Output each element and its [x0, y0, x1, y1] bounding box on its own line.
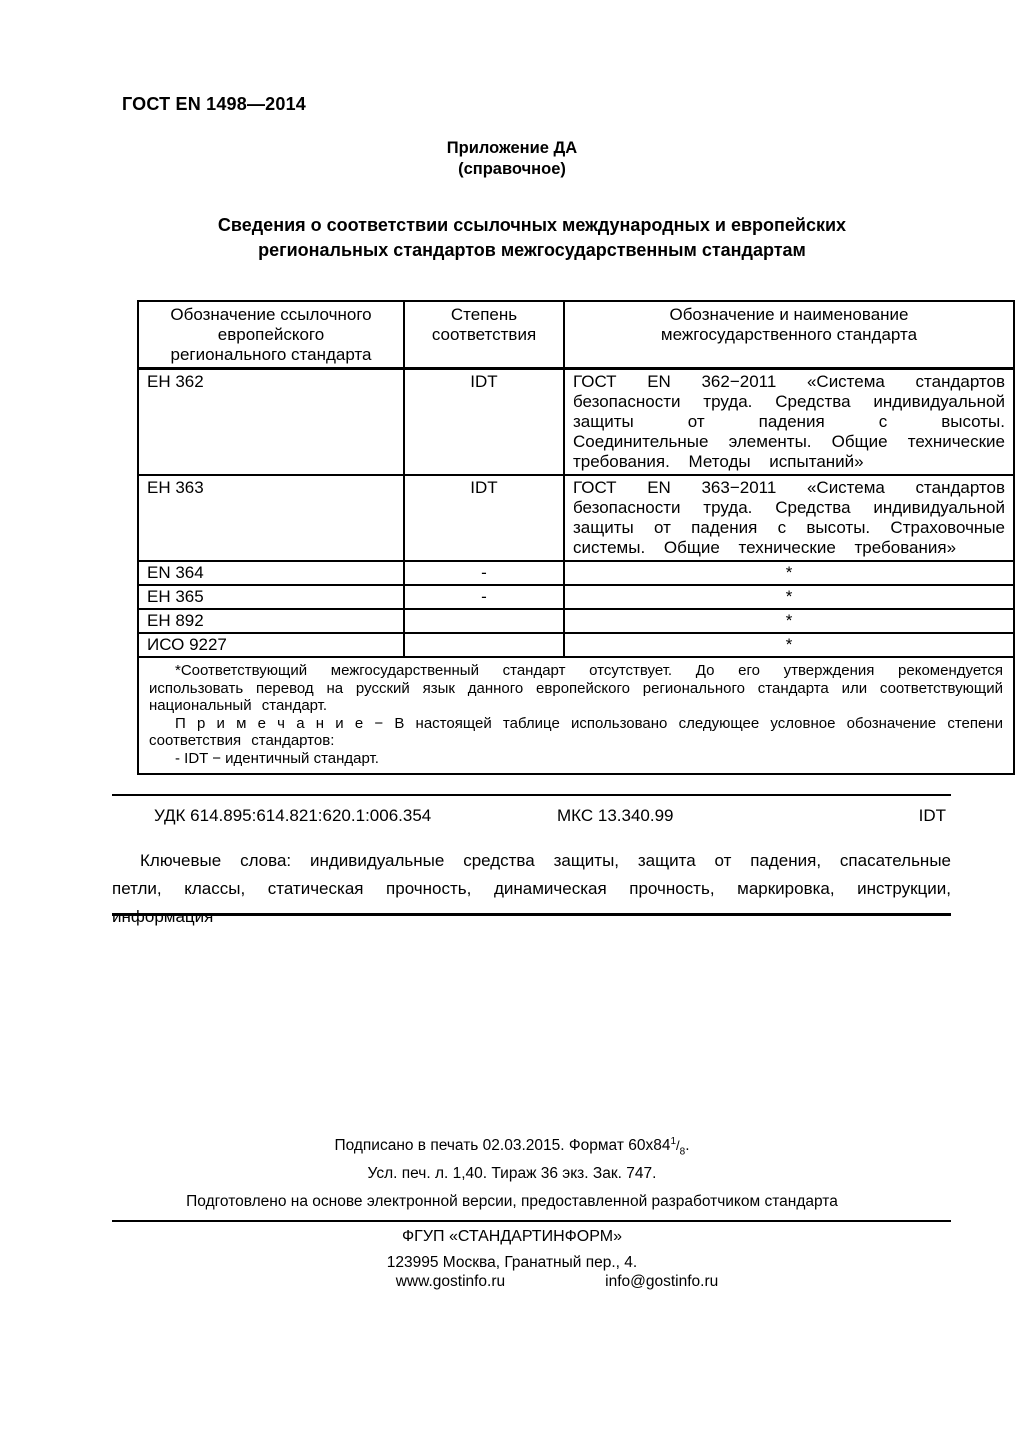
header-standard: Обозначение и наименование межгосударств…: [564, 301, 1014, 369]
table-footnote: *Соответствующий межгосударственный стан…: [138, 657, 1014, 774]
cell-degree: [404, 633, 564, 657]
cell-degree: -: [404, 561, 564, 585]
cell-designation: ЕН 892: [138, 609, 404, 633]
idt-code: IDT: [919, 806, 946, 826]
cell-designation: ЕН 362: [138, 369, 404, 476]
document-code: ГОСТ EN 1498—2014: [122, 94, 306, 115]
horizontal-rule: [112, 913, 951, 916]
cell-designation: ЕН 363: [138, 475, 404, 561]
imprint-line1-text: Подписано в печать 02.03.2015. Формат 60…: [334, 1137, 670, 1154]
cell-degree: IDT: [404, 369, 564, 476]
cell-designation: ИСО 9227: [138, 633, 404, 657]
table-row: ЕН 362 IDT ГОСТ EN 362−2011 «Система ста…: [138, 369, 1014, 476]
mks-code: МКС 13.340.99: [557, 806, 674, 826]
cell-standard: *: [564, 585, 1014, 609]
document-page: ГОСТ EN 1498—2014 Приложение ДА (справоч…: [0, 0, 1024, 1448]
footnote-asterisk-text: *Соответствующий межгосударственный стан…: [149, 662, 1003, 715]
publisher-email: info@gostinfo.ru: [605, 1273, 718, 1290]
cell-designation: EN 364: [138, 561, 404, 585]
header-designation: Обозначение ссылочного европейского реги…: [138, 301, 404, 369]
table-header-row: Обозначение ссылочного европейского реги…: [138, 301, 1014, 369]
correspondence-table: Обозначение ссылочного европейского реги…: [137, 300, 1015, 775]
classification-codes: УДК 614.895:614.821:620.1:006.354 МКС 13…: [112, 806, 951, 830]
cell-standard: *: [564, 609, 1014, 633]
appendix-heading: Приложение ДА (справочное): [0, 138, 1024, 180]
prepared-note: Подготовлено на основе электронной верси…: [0, 1193, 1024, 1211]
cell-degree: -: [404, 585, 564, 609]
section-title: Сведения о соответствии ссылочных междун…: [113, 213, 951, 263]
cell-standard: *: [564, 561, 1014, 585]
table-row: ЕН 363 IDT ГОСТ EN 363−2011 «Система ста…: [138, 475, 1014, 561]
cell-standard: ГОСТ EN 363−2011 «Система стандартов без…: [564, 475, 1014, 561]
keywords-paragraph: Ключевые слова: индивидуальные средства …: [112, 847, 951, 931]
publisher-name: ФГУП «СТАНДАРТИНФОРМ»: [0, 1228, 1024, 1246]
table-row: ИСО 9227 *: [138, 633, 1014, 657]
footnote-idt-text: - IDT − идентичный стандарт.: [149, 750, 1003, 768]
cell-degree: [404, 609, 564, 633]
table-row: EN 364 - *: [138, 561, 1014, 585]
appendix-note: (справочное): [0, 159, 1024, 180]
imprint-line1: Подписано в печать 02.03.2015. Формат 60…: [0, 1131, 1024, 1163]
cell-degree: IDT: [404, 475, 564, 561]
publisher-address: 123995 Москва, Гранатный пер., 4.: [0, 1254, 1024, 1272]
appendix-label: Приложение ДА: [0, 138, 1024, 159]
horizontal-rule: [112, 794, 951, 796]
horizontal-rule: [112, 1220, 951, 1222]
imprint-line1-period: .: [685, 1137, 689, 1154]
imprint-block: Подписано в печать 02.03.2015. Формат 60…: [0, 1131, 1024, 1185]
publisher-contacts: www.gostinfo.ruinfo@gostinfo.ru: [45, 1273, 1024, 1291]
udk-code: УДК 614.895:614.821:620.1:006.354: [154, 806, 431, 826]
table-row: ЕН 365 - *: [138, 585, 1014, 609]
imprint-line2: Усл. печ. л. 1,40. Тираж 36 экз. Зак. 74…: [0, 1163, 1024, 1185]
table-row: ЕН 892 *: [138, 609, 1014, 633]
header-degree: Степень соответствия: [404, 301, 564, 369]
footnote-note-text: П р и м е ч а н и е − В настоящей таблиц…: [149, 715, 1003, 750]
cell-designation: ЕН 365: [138, 585, 404, 609]
table-footnote-row: *Соответствующий межгосударственный стан…: [138, 657, 1014, 774]
cell-standard: *: [564, 633, 1014, 657]
cell-standard: ГОСТ EN 362−2011 «Система стандартов без…: [564, 369, 1014, 476]
publisher-website: www.gostinfo.ru: [396, 1273, 505, 1290]
